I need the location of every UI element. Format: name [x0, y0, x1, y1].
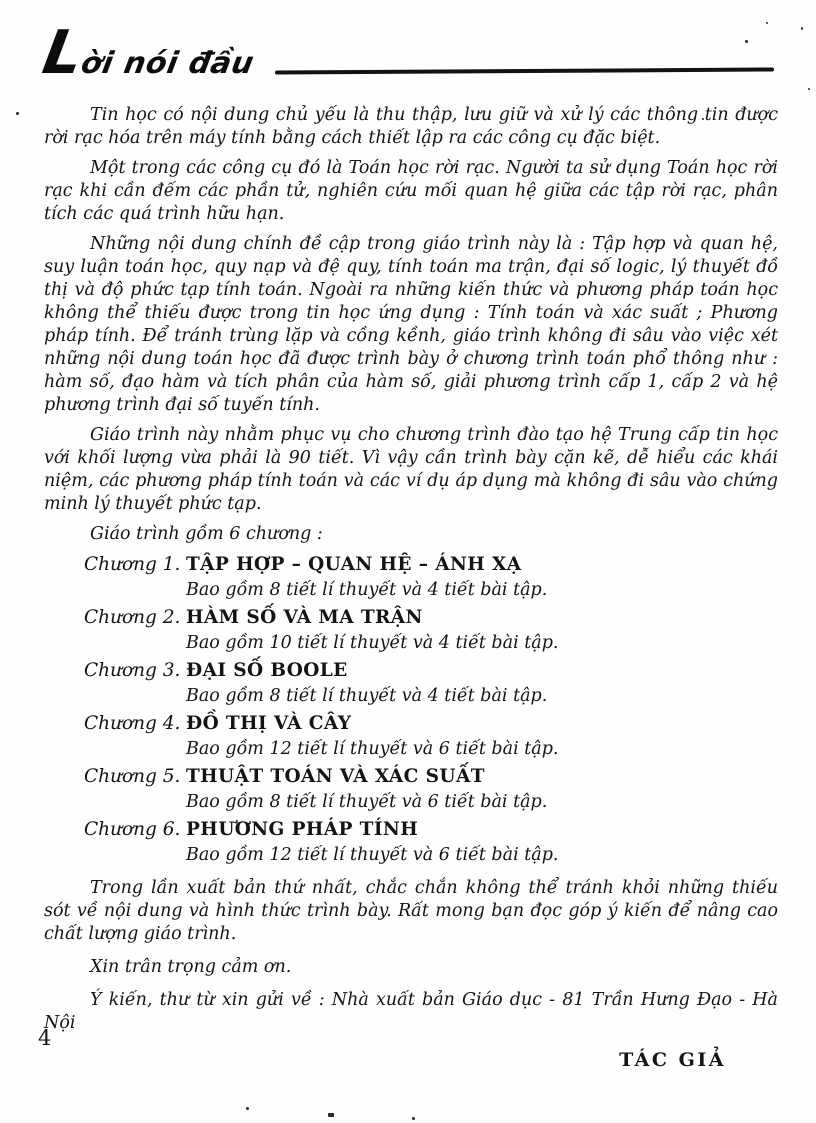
- chapter-item: Chương 3. ĐẠI SỐ BOOLE: [84, 659, 778, 683]
- chapter-title: HÀM SỐ VÀ MA TRẬN: [186, 606, 423, 630]
- closing-section: Trong lần xuất bản thứ nhất, chắc chắn k…: [44, 877, 778, 1072]
- chapter-detail: Bao gồm 8 tiết lí thuyết và 4 tiết bài t…: [186, 684, 778, 708]
- page-header: Lời nói đầu: [44, 26, 778, 82]
- scan-speck: [808, 88, 810, 90]
- chapter-item: Chương 1. TẬP HỢP – QUAN HỆ – ÁNH XẠ: [84, 553, 778, 577]
- scan-speck: [328, 1113, 334, 1117]
- page-number: 4: [38, 1026, 51, 1050]
- chapter-label: Chương 6.: [84, 818, 186, 842]
- chapter-label: Chương 5.: [84, 765, 186, 789]
- scan-speck: [246, 1107, 249, 1110]
- chapter-detail: Bao gồm 8 tiết lí thuyết và 4 tiết bài t…: [186, 578, 778, 602]
- scanned-preface-page: Lời nói đầu Tin học có nội dung chủ yếu …: [0, 0, 816, 1123]
- scan-speck: [702, 118, 704, 120]
- chapter-title: TẬP HỢP – QUAN HỆ – ÁNH XẠ: [186, 553, 522, 577]
- chapter-title: PHƯƠNG PHÁP TÍNH: [186, 818, 418, 842]
- body-paragraph: Những nội dung chính đề cập trong giáo t…: [44, 233, 778, 417]
- chapter-detail: Bao gồm 12 tiết lí thuyết và 6 tiết bài …: [186, 737, 778, 761]
- chapter-label: Chương 2.: [84, 606, 186, 630]
- scan-speck: [766, 22, 768, 24]
- chapter-item: Chương 6. PHƯƠNG PHÁP TÍNH: [84, 818, 778, 842]
- page-title: Lời nói đầu: [39, 25, 260, 82]
- body-paragraph: Giáo trình này nhằm phục vụ cho chương t…: [44, 424, 778, 516]
- chapter-detail: Bao gồm 10 tiết lí thuyết và 4 tiết bài …: [186, 631, 778, 655]
- closing-contact-line: Ý kiến, thư từ xin gửi về : Nhà xuất bản…: [44, 989, 778, 1035]
- scan-speck: [16, 112, 19, 115]
- closing-feedback-paragraph: Trong lần xuất bản thứ nhất, chắc chắn k…: [44, 877, 778, 946]
- closing-thanks-line: Xin trân trọng cảm ơn.: [44, 956, 778, 979]
- chapter-detail: Bao gồm 8 tiết lí thuyết và 6 tiết bài t…: [186, 790, 778, 814]
- chapters-intro: Giáo trình gồm 6 chương :: [44, 523, 778, 546]
- chapter-list: Chương 1. TẬP HỢP – QUAN HỆ – ÁNH XẠ Bao…: [84, 553, 778, 867]
- chapter-label: Chương 3.: [84, 659, 186, 683]
- chapter-detail: Bao gồm 12 tiết lí thuyết và 6 tiết bài …: [186, 843, 778, 867]
- chapter-label: Chương 4.: [84, 712, 186, 736]
- chapter-title: THUẬT TOÁN VÀ XÁC SUẤT: [186, 765, 485, 789]
- chapter-item: Chương 4. ĐỒ THỊ VÀ CÂY: [84, 712, 778, 736]
- chapter-item: Chương 2. HÀM SỐ VÀ MA TRẬN: [84, 606, 778, 630]
- body-paragraph: Một trong các công cụ đó là Toán học rời…: [44, 157, 778, 226]
- chapter-item: Chương 5. THUẬT TOÁN VÀ XÁC SUẤT: [84, 765, 778, 789]
- title-underline-rule: [275, 67, 774, 74]
- scan-speck: [412, 1117, 415, 1120]
- body-paragraph: Tin học có nội dung chủ yếu là thu thập,…: [44, 104, 778, 150]
- chapter-title: ĐỒ THỊ VÀ CÂY: [186, 712, 351, 736]
- chapter-title: ĐẠI SỐ BOOLE: [186, 659, 348, 683]
- author-signature: TÁC GIẢ: [44, 1049, 778, 1072]
- scan-speck: [801, 27, 803, 30]
- chapter-label: Chương 1.: [84, 553, 186, 577]
- preface-body: Tin học có nội dung chủ yếu là thu thập,…: [44, 104, 778, 1072]
- scan-speck: [745, 40, 748, 43]
